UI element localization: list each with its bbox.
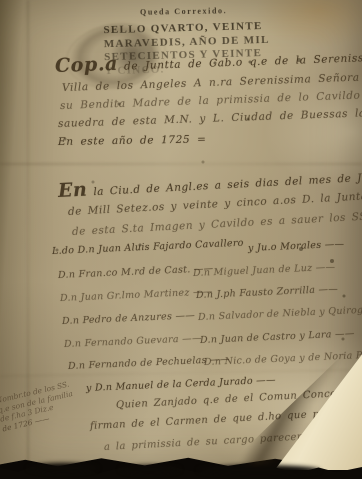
paragraph-initial: Cop.a [55,53,119,77]
attendee-name: D.n Juan de Castro y Lara —— [200,328,355,346]
ink-specks [0,0,2,2]
margin-note: Nombr.to de los SS. q.e son de la famili… [0,377,89,434]
background-blob [198,465,320,475]
attendee-name: D.n Fernando Guevara —— [64,333,202,350]
line-text: de Juntta de Cab.o q.e de la Serenissima [124,51,362,72]
attendee-name-closing: y D.n Manuel de la Cerda Jurado —— [86,375,276,394]
attendee-name: L.do D.n Juan Aluis Fajardo Cavallero [52,238,244,257]
attendee-name: D.n Salvador de Niebla y Quiroga —— [198,304,362,323]
attendee-name: D.n J.ph Fausto Zorrilla —— [196,284,339,301]
attendee-name: D.n Miguel Juan de Luz —— [193,262,336,279]
handwritten-line: En este año de 1725 = [58,133,207,148]
attendee-name: D.n Juan Gr.lmo Martinez —— [60,286,213,304]
background-blob [28,463,98,473]
background-blob [120,465,180,474]
paragraph-initial: En [57,178,87,202]
paper-crease [0,163,362,165]
paper-crease [0,369,362,377]
manuscript-photo: Queda Correxido. SELLO QVARTO, VEINTE MA… [0,0,362,479]
correction-stamp-text: Queda Correxido. [140,6,227,17]
attendee-name: D.n Pedro de Anzures —— [62,310,196,327]
attendee-name: D.n Fran.co M.rd de Cast. —— [58,263,214,281]
attendee-name: y Ju.o Morales —— [248,239,345,254]
